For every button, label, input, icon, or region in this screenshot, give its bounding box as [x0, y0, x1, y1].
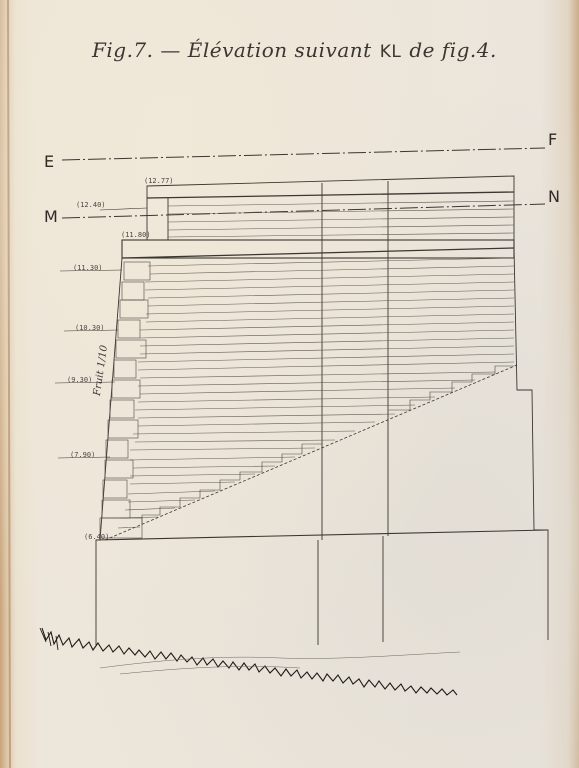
batter-dashed-line	[105, 365, 517, 540]
section-line-mn	[62, 204, 545, 218]
section-line-ef	[62, 148, 545, 160]
crest-block	[147, 176, 514, 248]
wall-outline	[96, 258, 122, 645]
elevation-drawing	[0, 0, 579, 768]
face-stones	[100, 262, 150, 538]
ground-hatching	[40, 628, 457, 695]
